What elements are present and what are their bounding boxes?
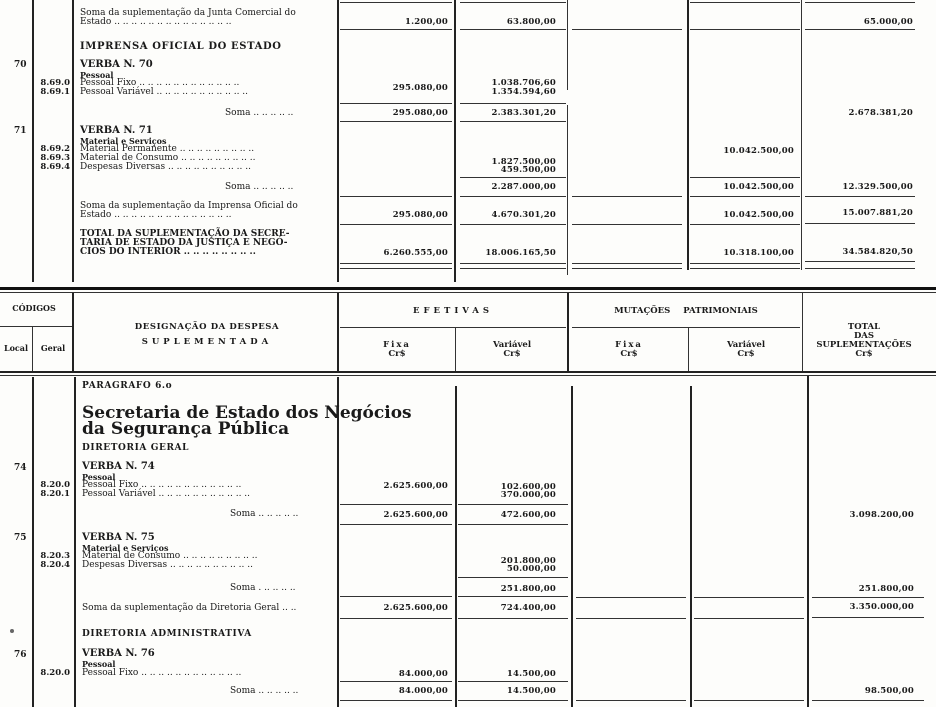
rule <box>458 577 568 578</box>
total-secretaria-var: 18.006.165,50 <box>460 248 556 258</box>
v71-soma-mut: 10.042.500,00 <box>690 182 794 192</box>
rule <box>812 700 924 701</box>
rule <box>812 617 924 618</box>
section-separator <box>0 287 936 290</box>
col-rule <box>455 328 456 371</box>
v71-soma-var: 2.287.000,00 <box>460 182 556 192</box>
col-rule-variavel <box>567 0 568 90</box>
rule <box>458 700 568 701</box>
rule <box>812 597 924 598</box>
v71-soma-total: 12.329.500,00 <box>805 182 913 192</box>
rule <box>458 524 568 525</box>
rule <box>576 618 686 619</box>
rule <box>340 29 452 30</box>
verba-74-title: VERBA N. 74 <box>82 462 155 472</box>
section-separator-thin <box>0 292 936 293</box>
rule <box>690 196 800 197</box>
col-rule <box>32 326 33 371</box>
rule <box>572 29 682 30</box>
junta-soma-label-2: Estado .. .. .. .. .. .. .. .. .. .. .. … <box>80 17 232 27</box>
v71-var-2: 459.500,00 <box>460 165 556 175</box>
v74-var-2: 370.000,00 <box>458 490 556 500</box>
rule <box>805 2 915 3</box>
rule <box>460 268 566 269</box>
rule <box>572 327 800 328</box>
col-rule <box>337 377 339 707</box>
rule <box>572 224 682 225</box>
imprensa-soma-mut: 10.042.500,00 <box>690 210 794 220</box>
col-rule-geral <box>72 0 74 282</box>
verba-70-local: 70 <box>14 60 27 70</box>
rule <box>460 103 566 104</box>
junta-soma-variavel: 63.800,00 <box>460 17 556 27</box>
header-mutacoes: MUTAÇÕES PATRIMONIAIS <box>570 306 802 316</box>
code-8-69-1: 8.69.1 <box>28 87 70 97</box>
v76-var: 14.500,00 <box>458 669 556 679</box>
rule <box>340 618 452 619</box>
v74-soma-total: 3.098.200,00 <box>810 510 914 520</box>
imprensa-soma-total: 15.007.881,20 <box>805 208 913 218</box>
verba-76-title: VERBA N. 76 <box>82 649 155 659</box>
header-currency: Cr$ <box>340 349 454 359</box>
header-currency: Cr$ <box>690 349 802 359</box>
col-rule <box>571 386 573 707</box>
rule <box>340 103 452 104</box>
col-rule-total <box>801 0 802 270</box>
rule <box>805 223 915 224</box>
v75-soma-total: 251.800,00 <box>810 584 914 594</box>
rule <box>458 596 568 597</box>
rule <box>694 700 804 701</box>
rule <box>576 597 686 598</box>
verba-71-local: 71 <box>14 126 27 136</box>
total-secretaria-fixa: 6.260.555,00 <box>340 248 448 258</box>
col-rule <box>455 386 457 707</box>
item-pessoal-fixo: Pessoal Fixo .. .. .. .. .. .. .. .. .. … <box>82 668 241 678</box>
rule <box>690 29 800 30</box>
rule <box>460 2 566 3</box>
v76-soma-fixa: 84.000,00 <box>340 686 448 696</box>
rule <box>694 597 804 598</box>
rule <box>340 504 452 505</box>
v70-var-2: 1.354.594,60 <box>460 87 556 97</box>
col-rule <box>690 386 692 707</box>
col-rule <box>337 293 339 371</box>
col-rule-mutacoes <box>687 0 689 270</box>
imprensa-title: IMPRENSA OFICIAL DO ESTADO <box>80 42 282 52</box>
v76-soma-label: Soma .. .. .. .. .. <box>230 686 298 696</box>
header-bottom-rule-thin <box>0 375 936 376</box>
verba-70-title: VERBA N. 70 <box>80 60 153 70</box>
item-despesas-diversas: Despesas Diversas .. .. .. .. .. .. .. .… <box>80 162 251 172</box>
rule <box>458 681 568 682</box>
v71-mut-var: 10.042.500,00 <box>690 146 794 156</box>
col-rule-local <box>32 0 34 282</box>
verba-71-title: VERBA N. 71 <box>80 126 153 136</box>
v70-soma-total: 2.678.381,20 <box>805 108 913 118</box>
ink-speck <box>10 629 14 633</box>
header-bottom-rule <box>0 371 936 373</box>
rule <box>340 596 452 597</box>
v74-fixa: 2.625.600,00 <box>340 481 448 491</box>
col-rule <box>802 293 803 371</box>
rule <box>340 700 452 701</box>
rule <box>458 504 568 505</box>
junta-soma-total: 65.000,00 <box>805 17 913 27</box>
col-rule <box>74 377 76 707</box>
rule <box>805 196 915 197</box>
header-designacao-1: DESIGNAÇÃO DA DESPESA <box>76 322 338 332</box>
v74-soma-label: Soma .. .. .. .. .. <box>230 509 298 519</box>
code-8-69-4: 8.69.4 <box>28 162 70 172</box>
col-rule-fixa <box>454 0 456 282</box>
rule <box>805 261 915 262</box>
rule <box>460 121 566 122</box>
header-efetivas: EFETIVAS <box>340 306 566 316</box>
rule <box>340 224 452 225</box>
rule <box>572 263 682 264</box>
diretoria-geral-soma-label: Soma da suplementação da Diretoria Geral… <box>82 603 296 613</box>
rule <box>690 224 800 225</box>
total-secretaria-mut: 10.318.100,00 <box>690 248 794 258</box>
v71-soma-label: Soma .. .. .. .. .. <box>225 182 293 192</box>
header-local: Local <box>0 343 32 353</box>
v75-var-2: 50.000,00 <box>458 564 556 574</box>
rule <box>340 268 452 269</box>
header-currency: Cr$ <box>570 349 688 359</box>
col-rule <box>32 377 34 707</box>
v75-soma-var: 251.800,00 <box>458 584 556 594</box>
secretaria-title-2: da Segurança Pública <box>82 420 289 438</box>
rule <box>572 196 682 197</box>
v76-soma-var: 14.500,00 <box>458 686 556 696</box>
diretoria-administrativa-title: DIRETORIA ADMINISTRATIVA <box>82 629 252 639</box>
rule <box>340 327 566 328</box>
code-8-20-4: 8.20.4 <box>28 560 70 570</box>
dg-soma-var: 724.400,00 <box>458 603 556 613</box>
v70-soma-fixa: 295.080,00 <box>340 108 448 118</box>
rule <box>340 196 452 197</box>
v74-soma-fixa: 2.625.600,00 <box>340 510 448 520</box>
rule <box>690 2 800 3</box>
code-8-20-1: 8.20.1 <box>28 489 70 499</box>
total-secretaria-total: 34.584.820,50 <box>805 247 913 257</box>
v70-soma-label: Soma .. .. .. .. .. <box>225 108 293 118</box>
rule <box>458 618 568 619</box>
header-currency: Cr$ <box>458 349 566 359</box>
col-rule <box>72 293 74 371</box>
rule <box>690 263 800 264</box>
rule <box>340 121 452 122</box>
header-codigos: CÓDIGOS <box>4 303 64 313</box>
rule <box>340 263 452 264</box>
imprensa-soma-label-2: Estado .. .. .. .. .. .. .. .. .. .. .. … <box>80 210 232 220</box>
rule <box>690 177 800 178</box>
v74-soma-var: 472.600,00 <box>458 510 556 520</box>
header-geral: Geral <box>34 343 72 353</box>
verba-74-local: 74 <box>14 463 27 473</box>
imprensa-soma-fixa: 295.080,00 <box>340 210 448 220</box>
header-currency: Cr$ <box>804 349 924 359</box>
header-designacao-2: SUPLEMENTADA <box>76 337 338 347</box>
rule <box>805 268 915 269</box>
code-8-20-0: 8.20.0 <box>28 668 70 678</box>
imprensa-soma-var: 4.670.301,20 <box>460 210 556 220</box>
col-rule-variavel <box>567 105 568 275</box>
rule <box>340 2 452 3</box>
rule <box>340 681 452 682</box>
v75-soma-label: Soma . .. .. .. .. <box>230 583 296 593</box>
v76-soma-total: 98.500,00 <box>810 686 914 696</box>
item-pessoal-variavel: Pessoal Variável .. .. .. .. .. .. .. ..… <box>80 87 248 97</box>
rule <box>576 700 686 701</box>
v70-soma-var: 2.383.301,20 <box>460 108 556 118</box>
verba-75-title: VERBA N. 75 <box>82 533 155 543</box>
rule <box>690 268 800 269</box>
col-rule <box>688 328 689 371</box>
junta-soma-fixa: 1.200,00 <box>340 17 448 27</box>
col-rule <box>807 376 809 707</box>
rule <box>460 177 566 178</box>
col-rule-designacao <box>337 0 339 282</box>
v70-fixa: 295.080,00 <box>340 83 448 93</box>
v76-fixa: 84.000,00 <box>340 669 448 679</box>
rule <box>460 263 566 264</box>
rule <box>805 29 915 30</box>
rule <box>0 326 72 327</box>
item-despesas-diversas: Despesas Diversas .. .. .. .. .. .. .. .… <box>82 560 253 570</box>
col-rule <box>567 293 569 371</box>
verba-76-local: 76 <box>14 650 27 660</box>
total-secretaria-line-3: CIOS DO INTERIOR .. .. .. .. .. .. .. .. <box>80 247 256 257</box>
verba-75-local: 75 <box>14 533 27 543</box>
dg-soma-total: 3.350.000,00 <box>810 602 914 612</box>
rule <box>460 196 566 197</box>
rule <box>340 524 452 525</box>
rule <box>460 29 566 30</box>
item-pessoal-variavel: Pessoal Variável .. .. .. .. .. .. .. ..… <box>82 489 250 499</box>
paragrafo-label: PARAGRAFO 6.o <box>82 381 172 391</box>
rule <box>460 224 566 225</box>
rule <box>572 268 682 269</box>
diretoria-geral-title: DIRETORIA GERAL <box>82 443 189 453</box>
rule <box>694 618 804 619</box>
dg-soma-fixa: 2.625.600,00 <box>340 603 448 613</box>
